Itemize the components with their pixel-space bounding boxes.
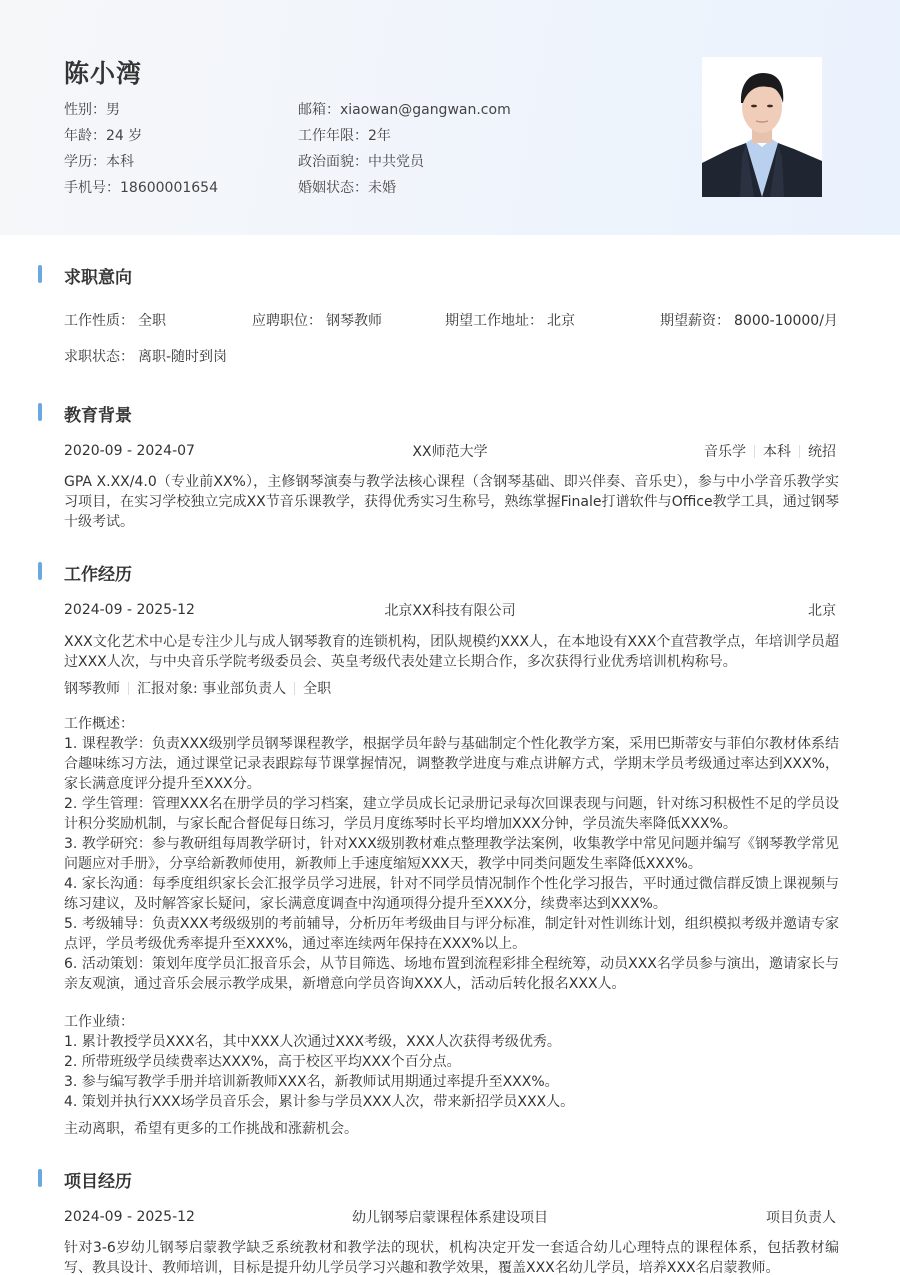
work-role: 钢琴教师 [64,678,120,698]
work-achievement-item: 2. 所带班级学员续费率达XXX%，高于校区平均XXX个百分点。 [64,1052,839,1072]
work-achievements: 工作业绩： 1. 累计教授学员XXX名，其中XXX人次通过XXX考级，XXX人次… [64,1012,839,1112]
info-email: 邮箱：xiaowan@gangwan.com [298,97,511,123]
section-accent-bar [38,265,42,283]
work-overview-item: 1. 课程教学：负责XXX级别学员钢琴课程教学，根据学员年龄与基础制定个性化教学… [64,734,839,794]
section-accent-bar [38,562,42,580]
info-work-years: 工作年限：2年 [298,123,511,149]
divider [799,445,800,458]
intent-value: 北京 [547,313,575,329]
work-type: 全职 [303,678,331,698]
intent-position: 应聘职位：钢琴教师 [252,310,382,330]
education-enrollment-type: 统招 [808,441,836,461]
work-overview: 工作概述： 1. 课程教学：负责XXX级别学员钢琴课程教学，根据学员年龄与基础制… [64,714,839,994]
intent-value: 离职-随时到岗 [138,349,227,365]
info-value: 未婚 [368,180,396,196]
info-label: 性别： [64,102,106,118]
work-tags: 钢琴教师 汇报对象: 事业部负责人 全职 [64,678,331,698]
education-period: 2020-09 - 2024-07 [64,443,195,459]
section-title-work: 工作经历 [64,560,132,585]
divider [754,445,755,458]
intent-salary: 期望薪资：8000-10000/月 [660,310,838,330]
divider [294,682,295,695]
project-period: 2024-09 - 2025-12 [64,1209,195,1225]
info-phone: 手机号：18600001654 [64,175,218,201]
info-gender: 性别：男 [64,97,218,123]
info-value: 本科 [106,154,134,170]
info-value: xiaowan@gangwan.com [340,102,511,118]
candidate-name: 陈小湾 [64,54,142,90]
intent-label: 求职状态： [64,349,134,365]
work-achievement-item: 1. 累计教授学员XXX名，其中XXX人次通过XXX考级，XXX人次获得考级优秀… [64,1032,839,1052]
work-achievement-item: 4. 策划并执行XXX场学员音乐会，累计参与学员XXX人次，带来新招学员XXX人… [64,1092,839,1112]
work-location: 北京 [808,600,836,620]
education-degree: 本科 [763,441,791,461]
work-overview-title: 工作概述： [64,714,839,734]
intent-status: 求职状态：离职-随时到岗 [64,346,227,366]
portrait-icon [702,57,822,197]
work-overview-item: 4. 家长沟通：每季度组织家长会汇报学员学习进展，针对不同学员情况制作个性化学习… [64,874,839,914]
leave-reason: 主动离职，希望有更多的工作挑战和涨薪机会。 [64,1119,839,1139]
work-overview-item: 2. 学生管理：管理XXX名在册学员的学习档案，建立学员成长记录册记录每次回课表… [64,794,839,834]
education-entry-header: 2020-09 - 2024-07 XX师范大学 音乐学 本科 统招 [64,441,836,461]
info-label: 手机号： [64,180,120,196]
profile-photo [702,57,822,197]
info-value: 男 [106,102,120,118]
education-description: GPA X.XX/4.0（专业前XX%），主修钢琴演奏与教学法核心课程（含钢琴基… [64,472,839,532]
info-label: 邮箱： [298,102,340,118]
info-value: 24 岁 [106,128,142,144]
section-accent-bar [38,1169,42,1187]
intent-label: 工作性质： [64,313,134,329]
project-role: 项目负责人 [766,1207,836,1227]
intent-label: 期望工作地址： [445,313,543,329]
work-achievements-title: 工作业绩： [64,1012,839,1032]
info-age: 年龄：24 岁 [64,123,218,149]
project-description: 针对3-6岁幼儿钢琴启蒙教学缺乏系统教材和教学法的现状，机构决定开发一套适合幼儿… [64,1238,839,1275]
work-company: 北京XX科技有限公司 [384,603,515,619]
project-entry-header: 2024-09 - 2025-12 幼儿钢琴启蒙课程体系建设项目 项目负责人 [64,1207,836,1227]
intent-value: 钢琴教师 [326,313,382,329]
info-value: 中共党员 [368,154,424,170]
work-period: 2024-09 - 2025-12 [64,602,195,618]
info-education: 学历：本科 [64,149,218,175]
intent-label: 期望薪资： [660,313,730,329]
work-overview-item: 3. 教学研究：参与教研组每周教学研讨，针对XXX级别教材难点整理教学法案例，收… [64,834,839,874]
info-label: 政治面貌： [298,154,368,170]
info-label: 年龄： [64,128,106,144]
work-entry-header: 2024-09 - 2025-12 北京XX科技有限公司 北京 [64,600,836,620]
info-label: 婚姻状态： [298,180,368,196]
section-title-education: 教育背景 [64,401,132,426]
info-label: 学历： [64,154,106,170]
basic-info-right: 邮箱：xiaowan@gangwan.com 工作年限：2年 政治面貌：中共党员… [298,97,511,201]
info-political-status: 政治面貌：中共党员 [298,149,511,175]
section-title-job-intent: 求职意向 [64,263,132,288]
intent-location: 期望工作地址：北京 [445,310,575,330]
section-accent-bar [38,403,42,421]
info-value: 2年 [368,128,391,144]
education-school: XX师范大学 [412,444,487,460]
work-achievement-item: 3. 参与编写教学手册并培训新教师XXX名，新教师试用期通过率提升至XXX%。 [64,1072,839,1092]
company-intro: XXX文化艺术中心是专注少儿与成人钢琴教育的连锁机构，团队规模约XXX人，在本地… [64,632,839,672]
intent-job-type: 工作性质：全职 [64,310,166,330]
intent-label: 应聘职位： [252,313,322,329]
divider [128,682,129,695]
project-name: 幼儿钢琴启蒙课程体系建设项目 [352,1210,548,1226]
education-major: 音乐学 [704,441,746,461]
intent-value: 8000-10000/月 [734,313,838,329]
profile-header: 陈小湾 性别：男 年龄：24 岁 学历：本科 手机号：18600001654 邮… [0,0,900,235]
intent-value: 全职 [138,313,166,329]
info-marital-status: 婚姻状态：未婚 [298,175,511,201]
basic-info-left: 性别：男 年龄：24 岁 学历：本科 手机号：18600001654 [64,97,218,201]
section-title-project: 项目经历 [64,1167,132,1192]
work-report-to: 汇报对象: 事业部负责人 [137,678,286,698]
info-label: 工作年限： [298,128,368,144]
work-overview-item: 5. 考级辅导：负责XXX考级级别的考前辅导，分析历年考级曲目与评分标准，制定针… [64,914,839,954]
info-value: 18600001654 [120,180,218,196]
work-overview-item: 6. 活动策划：策划年度学员汇报音乐会，从节目筛选、场地布置到流程彩排全程统筹，… [64,954,839,994]
